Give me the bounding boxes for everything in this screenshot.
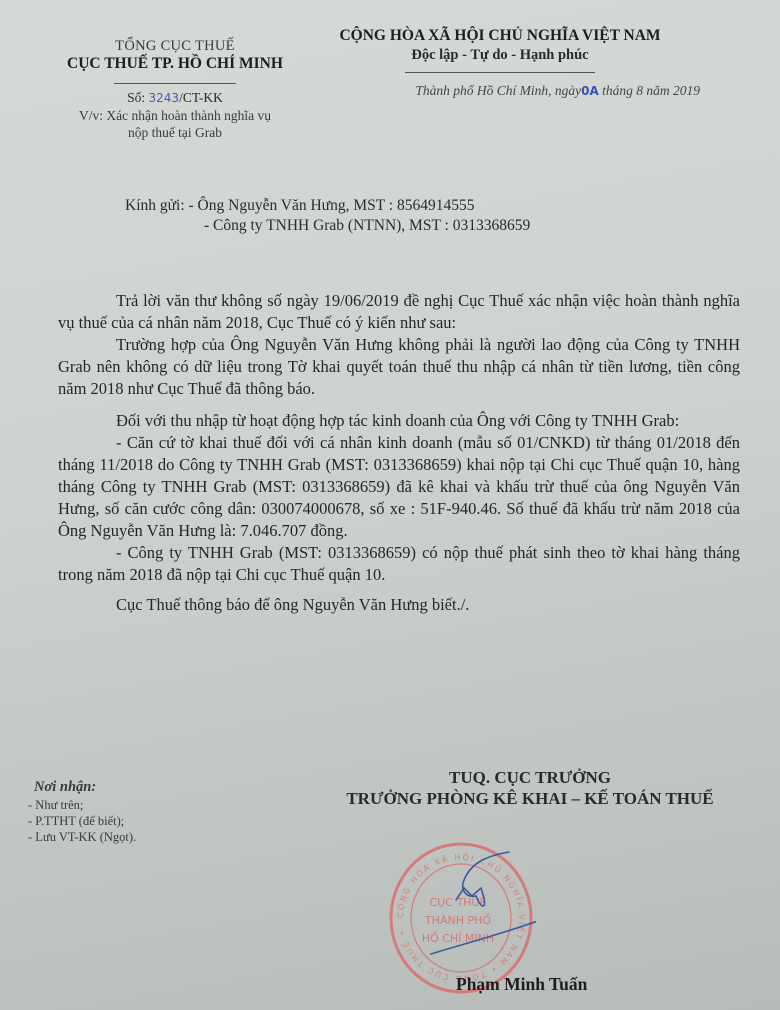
nation-title: CỘNG HÒA XÃ HỘI CHỦ NGHĨA VIỆT NAM [300, 26, 700, 46]
body-paragraph: - Công ty TNHH Grab (MST: 0313368659) có… [58, 542, 740, 586]
cc-list: Nơi nhận: - Như trên; - P.TTHT (để biết)… [28, 778, 136, 845]
body-paragraph: - Căn cứ tờ khai thuế đối với cá nhân ki… [58, 432, 740, 542]
recipient-line: Kính gửi: - Ông Nguyễn Văn Hưng, MST : 8… [125, 196, 530, 216]
body-paragraph: Đối với thu nhập từ hoạt động hợp tác ki… [58, 410, 740, 432]
subject-line-1: V/v: Xác nhận hoàn thành nghĩa vụ [20, 107, 330, 124]
divider [114, 83, 236, 84]
body-paragraph: Trường hợp của Ông Nguyễn Văn Hưng không… [58, 334, 740, 400]
body-paragraph: Cục Thuế thông báo để ông Nguyễn Văn Hưn… [58, 594, 740, 616]
issuing-agency-block: TỔNG CỤC THUẾ CỤC THUẾ TP. HỒ CHÍ MINH S… [20, 38, 330, 141]
signatory-authority: TUQ. CỤC TRƯỞNG [280, 767, 780, 788]
body-paragraph: Trả lời văn thư không số ngày 19/06/2019… [58, 290, 740, 334]
national-header-block: CỘNG HÒA XÃ HỘI CHỦ NGHĨA VIỆT NAM Độc l… [300, 26, 700, 99]
cc-item: - Lưu VT-KK (Ngọt). [28, 829, 136, 845]
handwritten-number: 3243 [149, 91, 180, 105]
cc-title: Nơi nhận: [28, 778, 136, 797]
document-number: Số: 3243/CT-KK [20, 89, 330, 107]
parent-agency: TỔNG CỤC THUẾ [20, 38, 330, 55]
place-date: Thành phố Hồ Chí Minh, ngày0A tháng 8 nă… [300, 83, 700, 99]
svg-text:THÀNH PHỐ: THÀNH PHỐ [424, 913, 491, 927]
agency-name: CỤC THUẾ TP. HỒ CHÍ MINH [20, 55, 330, 73]
recipients-label: Kính gửi: [125, 197, 189, 214]
cc-item: - Như trên; [28, 797, 136, 813]
recipients-block: Kính gửi: - Ông Nguyễn Văn Hưng, MST : 8… [125, 196, 530, 236]
signer-name: Phạm Minh Tuấn [456, 974, 587, 995]
national-motto: Độc lập - Tự do - Hạnh phúc [300, 46, 700, 64]
letter-body: Trả lời văn thư không số ngày 19/06/2019… [58, 290, 740, 616]
subject-line-2: nộp thuế tại Grab [20, 124, 330, 141]
recipient-line: - Công ty TNHH Grab (NTNN), MST : 031336… [125, 216, 530, 236]
cc-item: - P.TTHT (để biết); [28, 813, 136, 829]
handwritten-day: 0A [581, 84, 599, 98]
signature-block: TUQ. CỤC TRƯỞNG TRƯỞNG PHÒNG KÊ KHAI – K… [280, 767, 780, 809]
divider [405, 72, 595, 73]
signatory-position: TRƯỞNG PHÒNG KÊ KHAI – KẾ TOÁN THUẾ [280, 788, 780, 809]
